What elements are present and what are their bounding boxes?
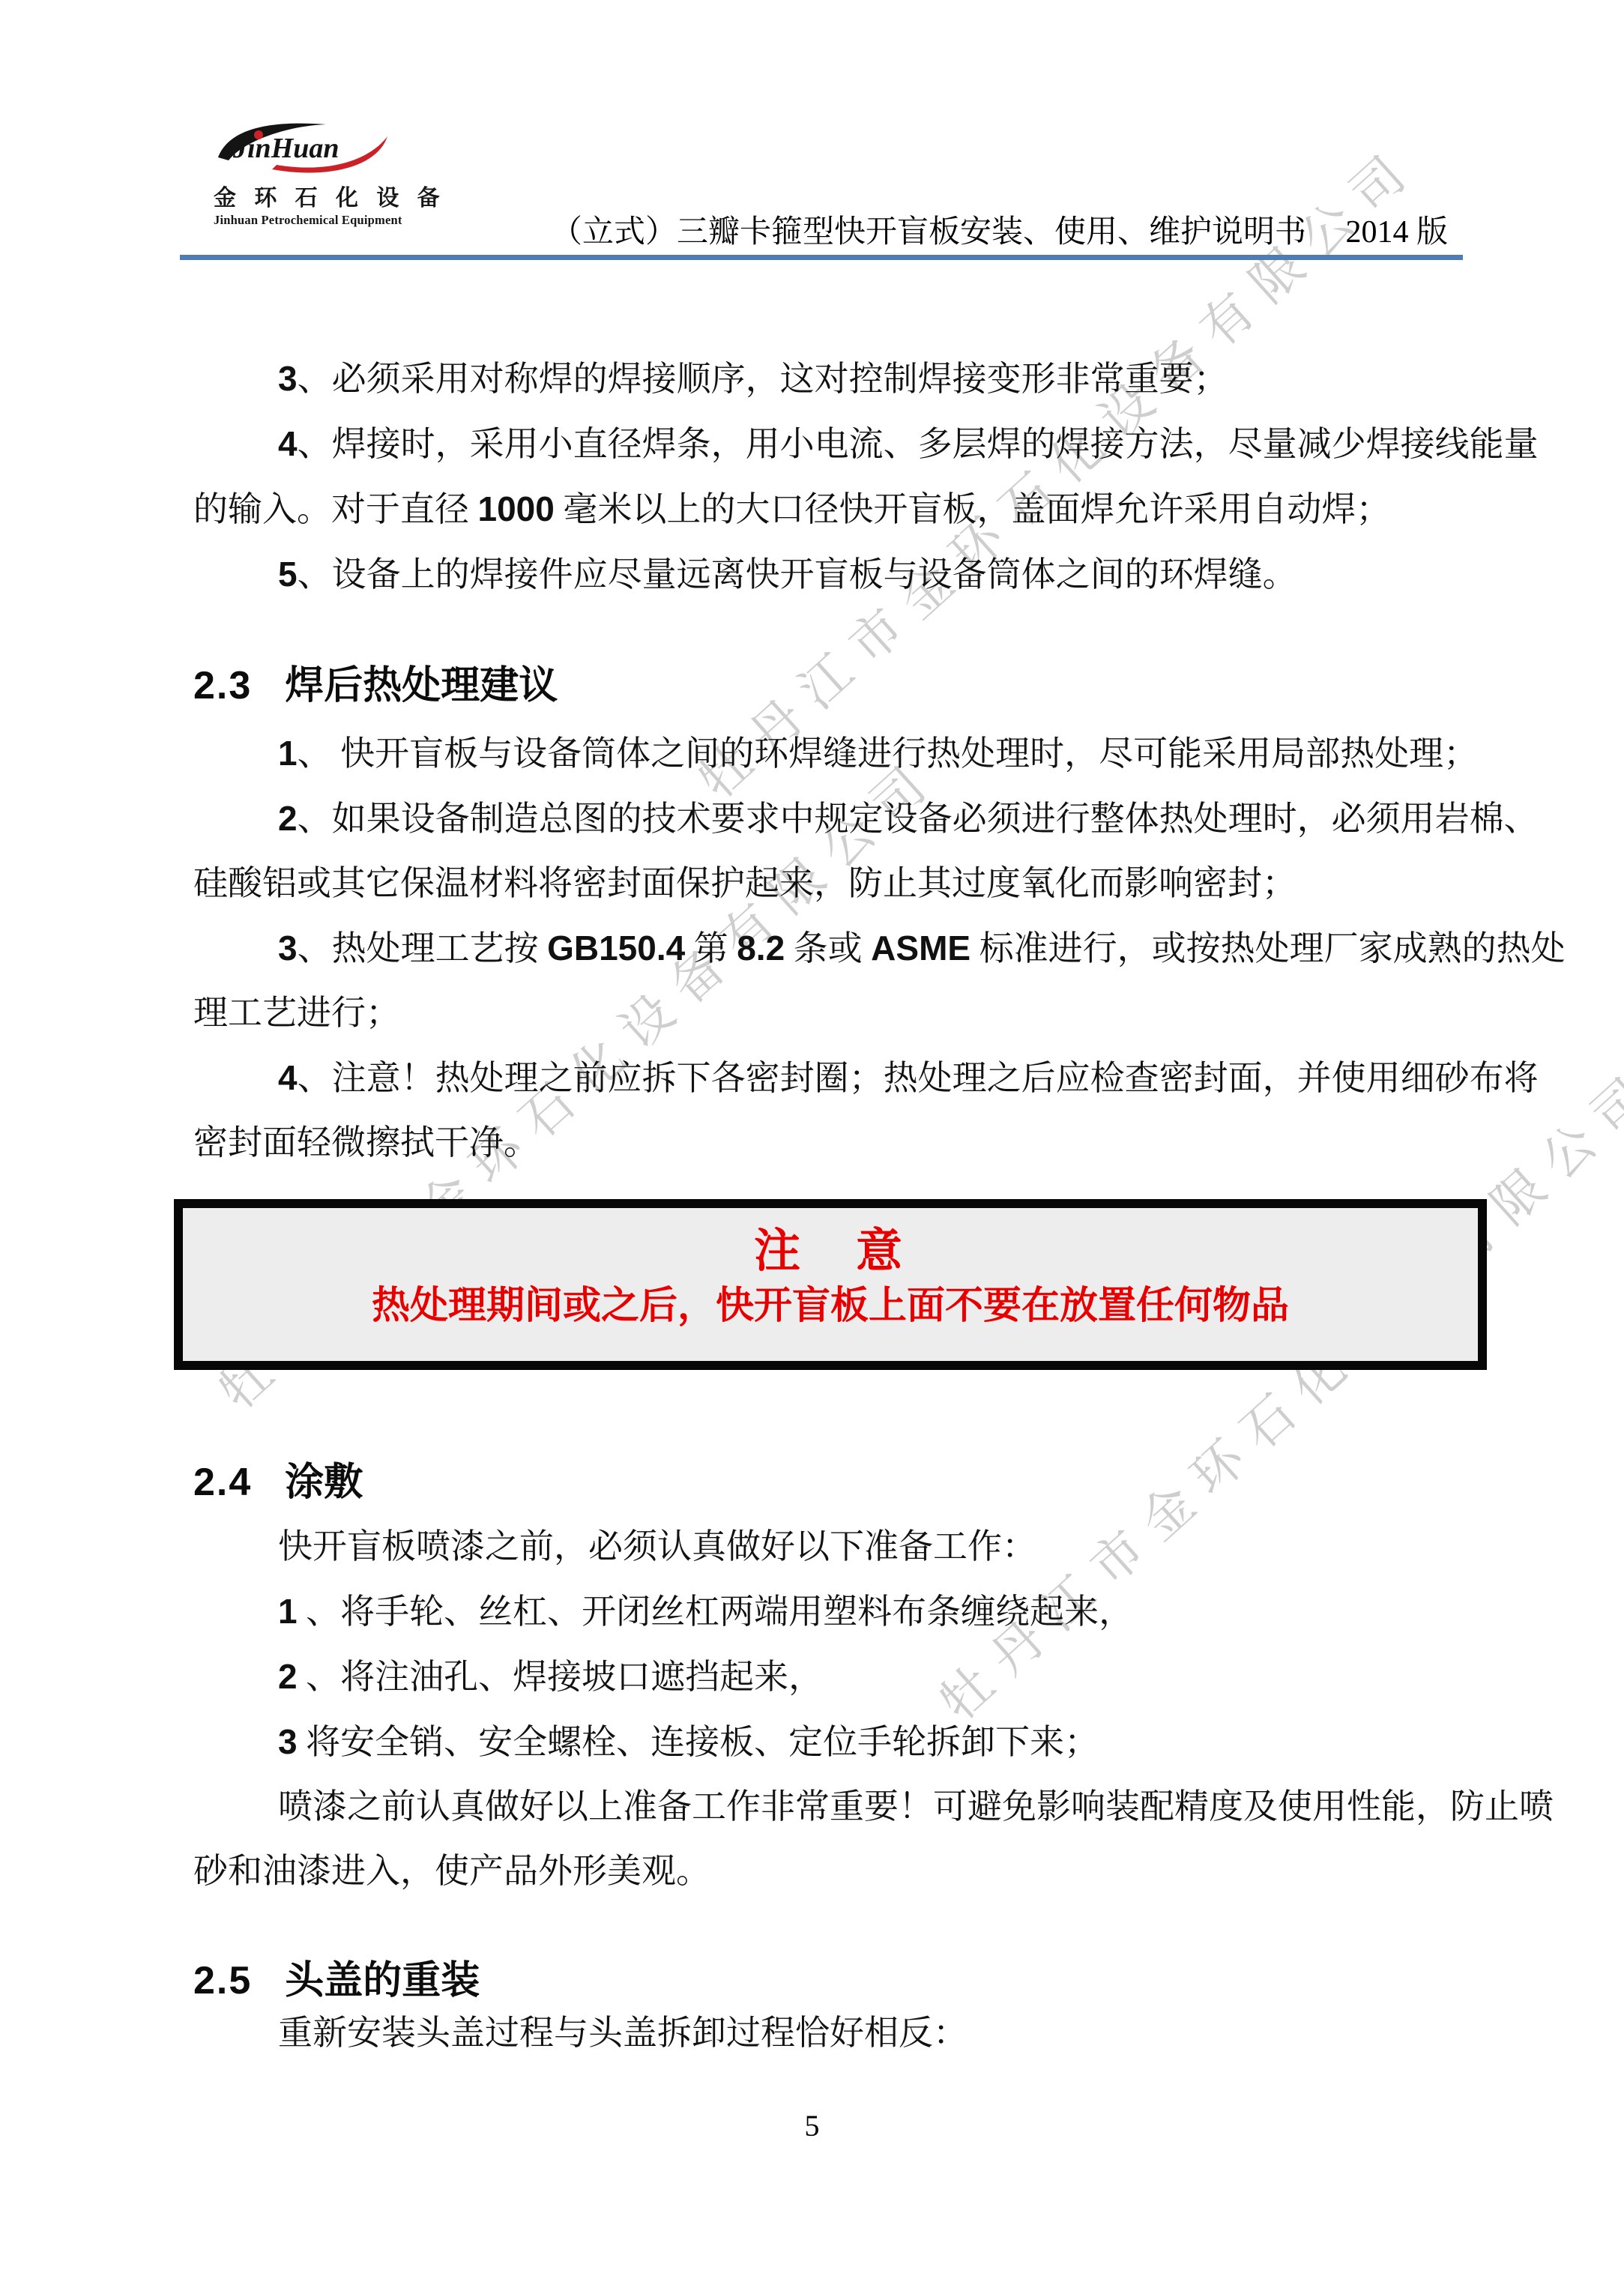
body-line: 快开盲板喷漆之前，必须认真做好以下准备工作： [193,1515,1514,1579]
logo-script-text: JinHuan [232,133,339,164]
page-number: 5 [0,2107,1624,2145]
body-line: 3、必须采用对称焊的焊接顺序，这对控制焊接变形非常重要； [193,346,1514,411]
notice-title: 注 意 [183,1228,1478,1276]
body-line: 4、焊接时，采用小直径焊条，用小电流、多层焊的焊接方法，尽量减少焊接线能量 [193,411,1514,477]
body-line: 2、如果设备制造总图的技术要求中规定设备必须进行整体热处理时，必须用岩棉、 [193,786,1514,851]
paragraph-coating: 快开盲板喷漆之前，必须认真做好以下准备工作： 1 、将手轮、丝杠、开闭丝杠两端用… [193,1515,1514,1904]
body-line: 喷漆之前认真做好以上准备工作非常重要！可避免影响装配精度及使用性能，防止喷 [193,1775,1514,1839]
section-title: 涂敷 [285,1461,363,1504]
body-line: 的输入。对于直径 1000 毫米以上的大口径快开盲板，盖面焊允许采用自动焊； [193,477,1514,542]
body-line: 理工艺进行； [193,981,1514,1045]
notice-text: 热处理期间或之后，快开盲板上面不要在放置任何物品 [183,1285,1478,1326]
body-line: 4、注意！热处理之前应拆下各密封圈；热处理之后应检查密封面，并使用细砂布将 [193,1045,1514,1111]
section-title: 头盖的重装 [285,1959,480,2002]
document-page: 牡丹江市金环石化设备有限公司 牡丹江市金环石化设备有限公司 牡丹江市金环石化设备… [0,0,1624,2279]
logo-graphic: JinHuan [214,118,392,174]
notice-box: 注 意 热处理期间或之后，快开盲板上面不要在放置任何物品 [174,1199,1487,1370]
section-heading-2-3: 2.3焊后热处理建议 [193,653,558,718]
body-line: 重新安装头盖过程与头盖拆卸过程恰好相反： [193,2001,1514,2065]
document-title: （立式）三瓣卡箍型快开盲板安装、使用、维护说明书 2014 版 [193,207,1448,252]
header-divider-line [180,255,1463,260]
body-line: 2 、将注油孔、焊接坡口遮挡起来， [193,1644,1514,1709]
body-line: 硅酸铝或其它保温材料将密封面保护起来，防止其过度氧化而影响密封； [193,851,1514,916]
section-number: 2.4 [193,1461,252,1504]
body-line: 砂和油漆进入，使产品外形美观。 [193,1839,1514,1904]
body-line: 1 、将手轮、丝杠、开闭丝杠两端用塑料布条缠绕起来， [193,1579,1514,1644]
section-title: 焊后热处理建议 [285,664,558,707]
section-number: 2.5 [193,1959,252,2002]
body-line: 3 将安全销、安全螺栓、连接板、定位手轮拆卸下来； [193,1709,1514,1775]
paragraph-heat-treatment: 1、 快开盲板与设备筒体之间的环焊缝进行热处理时，尽可能采用局部热处理； 2、如… [193,721,1514,1175]
body-line: 3、热处理工艺按 GB150.4 第 8.2 条或 ASME 标准进行，或按热处… [193,916,1514,981]
body-line: 密封面轻微擦拭干净。 [193,1111,1514,1175]
section-heading-2-4: 2.4涂敷 [193,1450,363,1515]
body-line: 5、设备上的焊接件应尽量远离快开盲板与设备筒体之间的环焊缝。 [193,542,1514,607]
section-number: 2.3 [193,664,252,707]
body-line: 1、 快开盲板与设备筒体之间的环焊缝进行热处理时，尽可能采用局部热处理； [193,721,1514,786]
paragraph-welding-rules: 3、必须采用对称焊的焊接顺序，这对控制焊接变形非常重要； 4、焊接时，采用小直径… [193,346,1514,607]
paragraph-head-cover: 重新安装头盖过程与头盖拆卸过程恰好相反： [193,2001,1514,2065]
